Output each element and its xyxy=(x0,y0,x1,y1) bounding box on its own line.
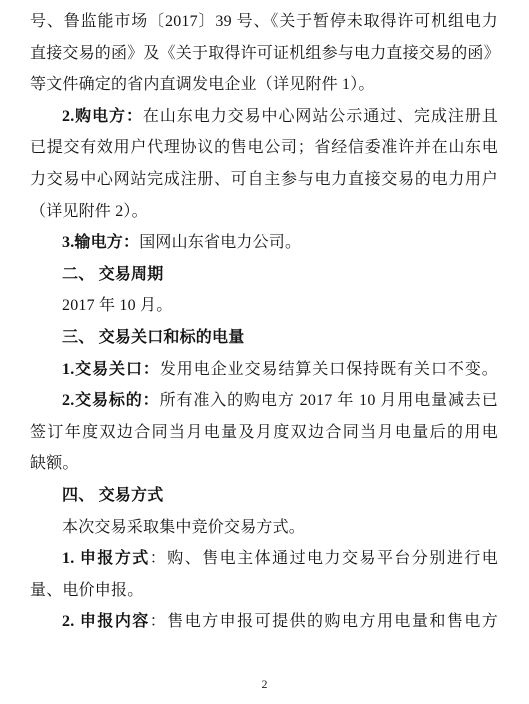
text-line: 二、 交易周期 xyxy=(30,259,498,291)
text-line: 2.交易标的：所有准入的购电方 2017 年 10 月用电量减去已 xyxy=(30,385,498,417)
text-line: 量、电价申报。 xyxy=(30,575,498,607)
line-text: 在山东电力交易中心网站公示通过、完成注册且 xyxy=(143,108,498,125)
line-text: 缺额。 xyxy=(30,455,79,472)
text-line: 本次交易采取集中竞价交易方式。 xyxy=(30,512,498,544)
line-label: 2.交易标的： xyxy=(62,392,160,409)
line-text: 所有准入的购电方 2017 年 10 月用电量减去已 xyxy=(160,392,498,409)
line-text: 直接交易的函》及《关于取得许可证机组参与电力直接交易的函》 xyxy=(30,45,498,62)
line-label: 1.交易关口： xyxy=(62,361,160,378)
line-text: （详见附件 2）。 xyxy=(30,203,148,220)
line-text: 2017 年 10 月。 xyxy=(62,297,172,314)
line-text: ：购、售电主体通过电力交易平台分别进行电 xyxy=(150,550,498,567)
line-label: 四、 交易方式 xyxy=(62,487,163,504)
line-label: 3.输电方： xyxy=(62,234,139,251)
text-line: （详见附件 2）。 xyxy=(30,196,498,228)
line-label: 二、 交易周期 xyxy=(62,266,163,283)
line-text: 量、电价申报。 xyxy=(30,582,143,599)
text-line: 四、 交易方式 xyxy=(30,480,498,512)
page-footer: 2 xyxy=(0,676,529,692)
line-text: 本次交易采取集中竞价交易方式。 xyxy=(62,519,305,536)
text-line: 力交易中心网站完成注册、可自主参与电力直接交易的电力用户 xyxy=(30,164,498,196)
line-label: 2. 申报内容 xyxy=(62,613,150,630)
document-page: 号、鲁监能市场〔2017〕39 号、《关于暂停未取得许可机组电力直接交易的函》及… xyxy=(0,0,529,704)
text-line: 三、 交易关口和标的电量 xyxy=(30,322,498,354)
text-line: 号、鲁监能市场〔2017〕39 号、《关于暂停未取得许可机组电力 xyxy=(30,6,498,38)
text-line: 等文件确定的省内直调发电企业（详见附件 1）。 xyxy=(30,69,498,101)
line-text: 力交易中心网站完成注册、可自主参与电力直接交易的电力用户 xyxy=(30,171,498,188)
text-line: 已提交有效用户代理协议的售电公司；省经信委准许并在山东电 xyxy=(30,132,498,164)
text-line: 2. 申报内容：售电方申报可提供的购电方用电量和售电方 xyxy=(30,606,498,638)
line-label: 三、 交易关口和标的电量 xyxy=(62,329,244,346)
text-line: 2.购电方：在山东电力交易中心网站公示通过、完成注册且 xyxy=(30,101,498,133)
text-line: 缺额。 xyxy=(30,448,498,480)
text-line: 1. 申报方式：购、售电主体通过电力交易平台分别进行电 xyxy=(30,543,498,575)
line-text: 发用电企业交易结算关口保持既有关口不变。 xyxy=(160,361,498,378)
line-text: 号、鲁监能市场〔2017〕39 号、《关于暂停未取得许可机组电力 xyxy=(30,13,498,30)
line-text: 签订年度双边合同当月电量及月度双边合同当月电量后的用电 xyxy=(30,424,498,441)
line-text: 等文件确定的省内直调发电企业（详见附件 1）。 xyxy=(30,76,375,93)
line-label: 2.购电方： xyxy=(62,108,143,125)
text-line: 1.交易关口：发用电企业交易结算关口保持既有关口不变。 xyxy=(30,354,498,386)
text-line: 2017 年 10 月。 xyxy=(30,290,498,322)
page-number: 2 xyxy=(262,677,268,691)
text-body: 号、鲁监能市场〔2017〕39 号、《关于暂停未取得许可机组电力直接交易的函》及… xyxy=(30,6,498,638)
line-text: 国网山东省电力公司。 xyxy=(139,234,301,251)
text-line: 直接交易的函》及《关于取得许可证机组参与电力直接交易的函》 xyxy=(30,38,498,70)
text-line: 3.输电方：国网山东省电力公司。 xyxy=(30,227,498,259)
line-text: ：售电方申报可提供的购电方用电量和售电方 xyxy=(150,613,498,630)
line-label: 1. 申报方式 xyxy=(62,550,150,567)
text-line: 签订年度双边合同当月电量及月度双边合同当月电量后的用电 xyxy=(30,417,498,449)
line-text: 已提交有效用户代理协议的售电公司；省经信委准许并在山东电 xyxy=(30,139,498,156)
